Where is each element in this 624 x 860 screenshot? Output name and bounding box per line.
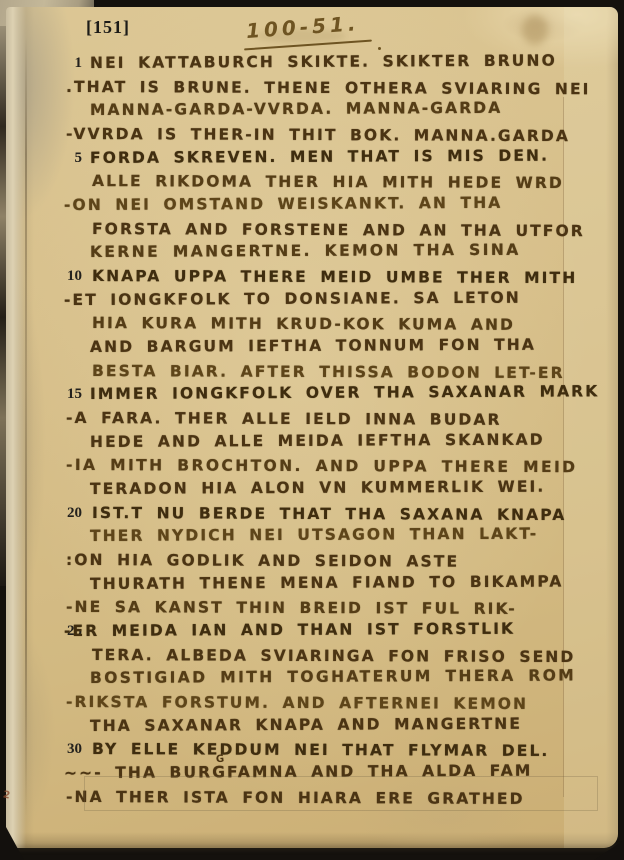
inserted-letter-above-line: G xyxy=(215,754,224,766)
line-number: 15 xyxy=(54,383,82,407)
manuscript-line-text: THURATH THENE MENA FIAND TO BIKAMPA xyxy=(90,570,564,596)
pencil-outline-box xyxy=(84,776,598,811)
archive-page-label: [151] xyxy=(86,17,130,38)
paper-stain xyxy=(522,15,548,45)
manuscript-line-text: -ER MEIDA IAN AND THAN IST FORSTLIK xyxy=(77,618,515,644)
manuscript-text-block: 1NEI KATTABURCH SKIKTE. SKIKTER BRUNO.TH… xyxy=(90,52,618,810)
manuscript-line: -ET IONGKFOLK TO DONSIANE. SA LETON xyxy=(90,289,618,313)
manuscript-line: -IA MITH BROCHTON. AND UPPA THERE MEID xyxy=(90,454,618,478)
manuscript-line: :ON HIA GODLIK AND SEIDON ASTE xyxy=(90,549,618,573)
manuscript-line-text: HEDE AND ALLE MEIDA IEFTHA SKANKAD xyxy=(90,428,545,454)
manuscript-line: ALLE RIKDOMA THER HIA MITH HEDE WRD xyxy=(90,170,618,194)
manuscript-line-text: -ON NEI OMSTAND WEISKANKT. AN THA xyxy=(77,192,503,218)
manuscript-line: 10KNAPA UPPA THERE MEID UMBE THER MITH xyxy=(90,265,618,289)
manuscript-line: 15IMMER IONGKFOLK OVER THA SAXANAR MARK xyxy=(90,383,618,407)
manuscript-line: THER NYDICH NEI UTSAGON THAN LAKT- xyxy=(90,525,618,549)
bottom-edge-shadow xyxy=(0,846,624,850)
manuscript-line: -NE SA KANST THIN BREID IST FUL RIK- xyxy=(90,596,618,620)
manuscript-line: HIA KURA MITH KRUD-KOK KUMA AND xyxy=(90,312,618,336)
manuscript-line-text: FORDA SKREVEN. MEN THAT IS MIS DEN. xyxy=(90,144,549,170)
manuscript-line-text: THA SAXANAR KNAPA AND MANGERTNE xyxy=(90,713,522,739)
manuscript-line: -RIKSTA FORSTUM. AND AFTERNEI KEMON xyxy=(90,691,618,715)
line-number: 10 xyxy=(54,265,82,289)
manuscript-line: 20IST.T NU BERDE THAT THA SAXANA KNAPA xyxy=(90,502,618,526)
manuscript-line: BOSTIGIAD MITH TOGHATERUM THERA ROM xyxy=(90,667,618,691)
manuscript-line: 25-ER MEIDA IAN AND THAN IST FORSTLIK xyxy=(90,620,618,644)
manuscript-line: 1NEI KATTABURCH SKIKTE. SKIKTER BRUNO xyxy=(90,52,618,76)
line-number: 5 xyxy=(54,147,82,171)
line-number: 20 xyxy=(54,502,82,526)
manuscript-line-text: BOSTIGIAD MITH TOGHATERUM THERA ROM xyxy=(90,665,576,691)
line-number: 1 xyxy=(54,52,82,76)
manuscript-line: THURATH THENE MENA FIAND TO BIKAMPA xyxy=(90,573,618,597)
manuscript-line-text: NEI KATTABURCH SKIKTE. SKIKTER BRUNO xyxy=(90,50,557,76)
manuscript-line: -VVRDA IS THER-IN THIT BOK. MANNA.GARDA xyxy=(90,123,618,147)
manuscript-line: 30BY ELLE KEDDUM NEI THAT FLYMAR DEL. xyxy=(90,738,618,762)
manuscript-line: 5FORDA SKREVEN. MEN THAT IS MIS DEN. xyxy=(90,147,618,171)
manuscript-line-text: IMMER IONGKFOLK OVER THA SAXANAR MARK xyxy=(90,381,599,407)
left-crease-line xyxy=(25,37,27,817)
manuscript-page: [151] 100-51. 1NEI KATTABURCH SKIKTE. SK… xyxy=(6,7,618,848)
manuscript-line: -A FARA. THER ALLE IELD INNA BUDAR xyxy=(90,407,618,431)
manuscript-line: KERNE MANGERTNE. KEMON THA SINA xyxy=(90,241,618,265)
manuscript-line: THA SAXANAR KNAPA AND MANGERTNE xyxy=(90,715,618,739)
manuscript-line: HEDE AND ALLE MEIDA IEFTHA SKANKAD xyxy=(90,431,618,455)
manuscript-line: MANNA-GARDA-VVRDA. MANNA-GARDA xyxy=(90,99,618,123)
torn-paper-edge xyxy=(6,7,26,848)
manuscript-line: -ON NEI OMSTAND WEISKANKT. AN THA xyxy=(90,194,618,218)
manuscript-line-text: -ET IONGKFOLK TO DONSIANE. SA LETON xyxy=(77,286,521,312)
manuscript-line: FORSTA AND FORSTENE AND AN THA UTFOR xyxy=(90,218,618,242)
manuscript-line-text: TERADON HIA ALON VN KUMMERLIK WEI. xyxy=(90,476,545,502)
manuscript-line-text: AND BARGUM IEFTHA TONNUM FON THA xyxy=(90,334,536,360)
manuscript-line-text: MANNA-GARDA-VVRDA. MANNA-GARDA xyxy=(90,97,502,123)
manuscript-line: AND BARGUM IEFTHA TONNUM FON THA xyxy=(90,336,618,360)
manuscript-line-text: KERNE MANGERTNE. KEMON THA SINA xyxy=(90,239,521,265)
manuscript-line: .THAT IS BRUNE. THENE OTHERA SVIARING NE… xyxy=(90,76,618,100)
manuscript-line: TERADON HIA ALON VN KUMMERLIK WEI. xyxy=(90,478,618,502)
manuscript-line-text: THER NYDICH NEI UTSAGON THAN LAKT- xyxy=(90,523,538,549)
line-number: 30 xyxy=(54,738,82,762)
